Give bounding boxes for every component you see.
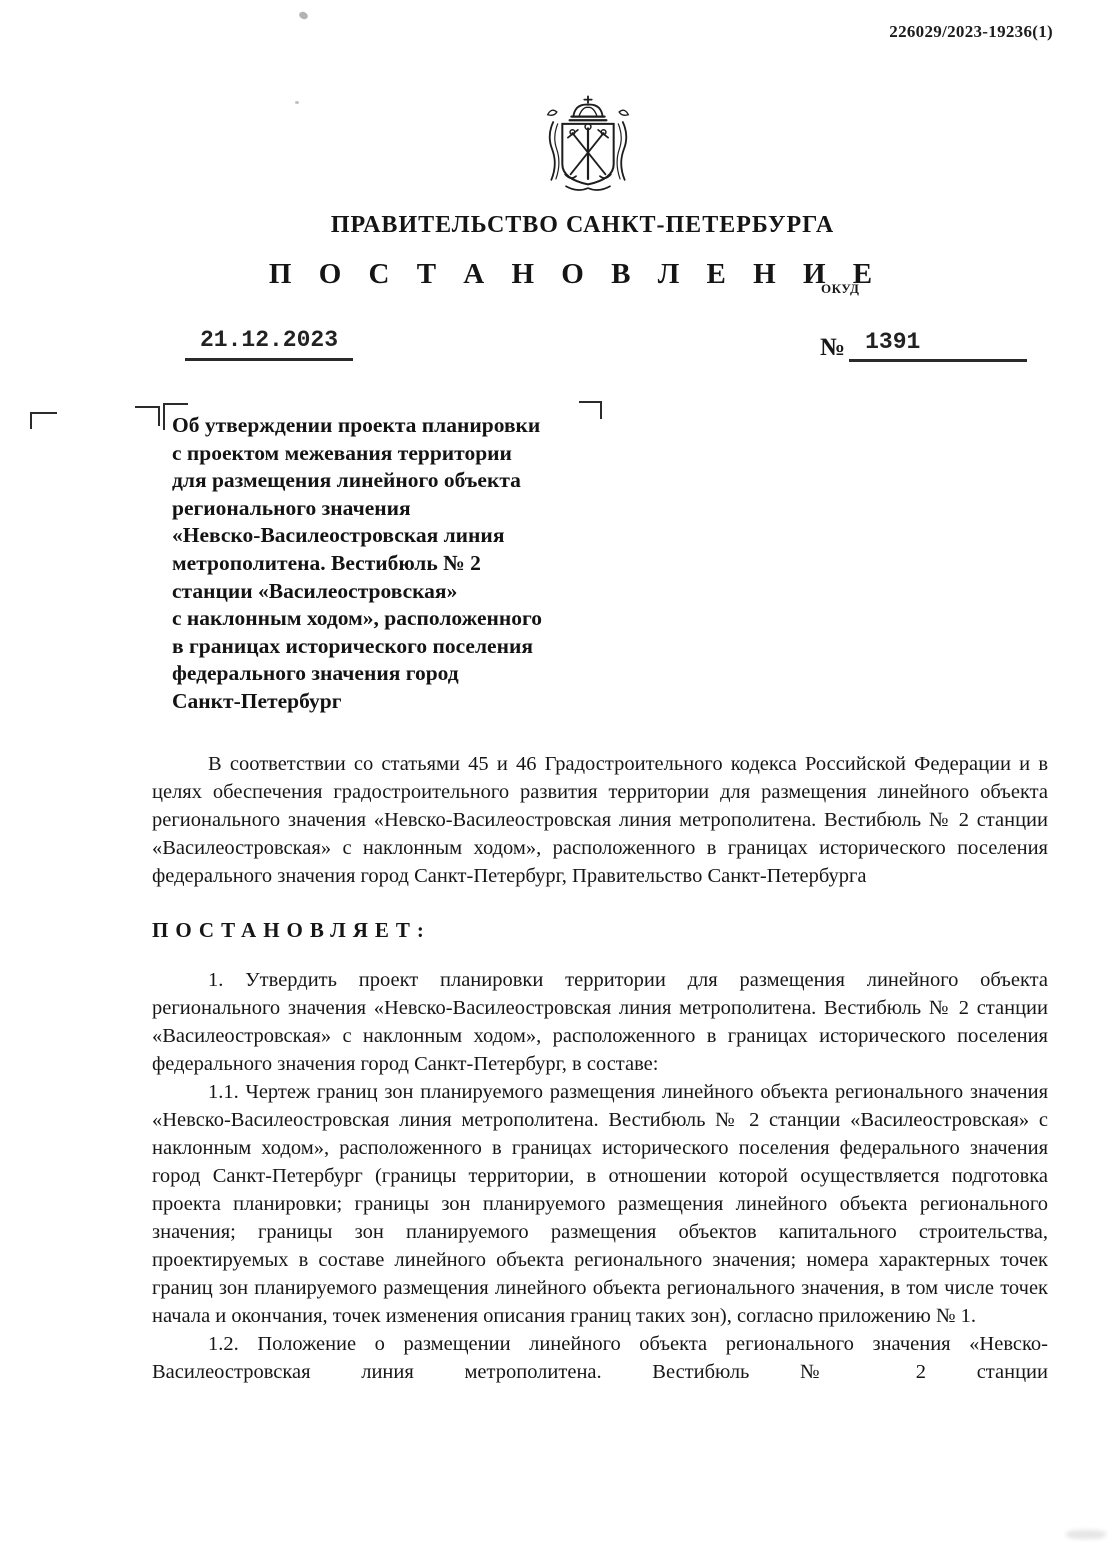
saint-petersburg-coat-of-arms-icon bbox=[533, 94, 643, 196]
reference-number: 226029/2023-19236(1) bbox=[889, 22, 1053, 42]
document-number-value: 1391 bbox=[849, 329, 1027, 362]
scan-speck bbox=[298, 10, 309, 20]
issuing-authority-title: ПРАВИТЕЛЬСТВО САНКТ-ПЕТЕРБУРГА bbox=[23, 212, 1119, 239]
okud-label: ОКУД bbox=[821, 281, 859, 297]
document-page: 226029/2023-19236(1) bbox=[0, 0, 1119, 1543]
clause-1-2: 1.2. Положение о размещении линейного об… bbox=[152, 1330, 1048, 1386]
corner-mark-inner-right bbox=[135, 406, 160, 426]
document-subject: Об утверждении проекта планировки с прое… bbox=[172, 412, 612, 716]
clause-1-1: 1.1. Чертеж границ зон планируемого разм… bbox=[152, 1078, 1048, 1330]
document-type-title: П О С Т А Н О В Л Е Н И Е bbox=[16, 258, 1119, 291]
clause-1: 1. Утвердить проект планировки территори… bbox=[152, 966, 1048, 1078]
scan-speck bbox=[1066, 1530, 1106, 1539]
number-sign: № bbox=[820, 334, 845, 362]
document-body: В соответствии со статьями 45 и 46 Градо… bbox=[152, 750, 1048, 1386]
scan-speck bbox=[295, 101, 299, 104]
resolution-heading: ПОСТАНОВЛЯЕТ: bbox=[152, 916, 1048, 944]
document-number: №1391 bbox=[820, 329, 1027, 362]
preamble-paragraph: В соответствии со статьями 45 и 46 Градо… bbox=[152, 750, 1048, 890]
document-date: 21.12.2023 bbox=[185, 327, 353, 361]
corner-mark-left bbox=[30, 412, 57, 429]
